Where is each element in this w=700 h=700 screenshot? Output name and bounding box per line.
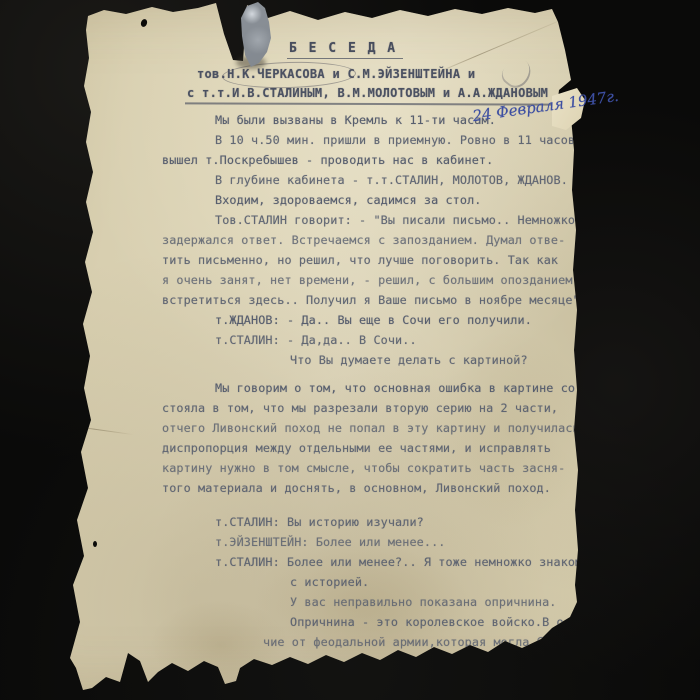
typed-line: т.СТАЛИН: Более или менее?.. Я тоже немн… xyxy=(162,552,592,572)
typed-line: отчего Ливонский поход не попал в эту ка… xyxy=(162,418,592,438)
typescript-body: Мы были вызваны в Кремль к 11-ти часам. … xyxy=(162,110,592,652)
typed-line: Входим, здороваемся, садимся за стол. xyxy=(162,190,592,210)
typed-line: т.СТАЛИН: - Да,да.. В Сочи.. xyxy=(162,330,592,350)
typed-line: диспропорция между отдельными ее частями… xyxy=(162,438,592,458)
typed-line: задержался ответ. Встречаемся с запоздан… xyxy=(162,230,592,250)
typed-line: Опричнина - это королевское войско.В о xyxy=(162,612,592,632)
typed-line: того материала и доснять, в основном, Ли… xyxy=(162,478,592,498)
typed-line: картину нужно в том смысле, чтобы сократ… xyxy=(162,458,592,478)
photo-background: Б Е С Е Д А тов.Н.К.ЧЕРКАСОВА и С.М.ЭЙЗЕ… xyxy=(0,0,700,700)
typed-line: тить письменно, но решил, что лучше пого… xyxy=(162,250,592,270)
typed-line: стояла в том, что мы разрезали вторую се… xyxy=(162,398,592,418)
typed-line: т.ЖДАНОВ: - Да.. Вы еще в Сочи его получ… xyxy=(162,310,592,330)
typed-line: В 10 ч.50 мин. пришли в приемную. Ровно … xyxy=(162,130,592,150)
typed-line: т.ЭЙЗЕНШТЕЙН: Более или менее... xyxy=(162,532,592,552)
typed-line: с историей. xyxy=(162,572,592,592)
document-title: Б Е С Е Д А xyxy=(287,41,403,59)
typed-line: вышел т.Поскребышев - проводить нас в ка… xyxy=(162,150,592,170)
typed-line: Мы говорим о том, что основная ошибка в … xyxy=(162,378,592,398)
header-officials-line: с т.т.И.В.СТАЛИНЫМ, В.М.МОЛОТОВЫМ и А.А.… xyxy=(187,86,548,100)
typed-line: В глубине кабинета - т.т.СТАЛИН, МОЛОТОВ… xyxy=(162,170,592,190)
typed-line: Что Вы думаете делать с картиной? xyxy=(162,350,592,370)
typed-line: т.СТАЛИН: Вы историю изучали? xyxy=(162,512,592,532)
typed-line: Тов.СТАЛИН говорит: - "Вы писали письмо.… xyxy=(162,210,592,230)
typed-line: У вас неправильно показана опричнина. xyxy=(162,592,592,612)
typed-line: чие от феодальной армии,которая могла б xyxy=(162,632,592,652)
typed-line: я очень занят, нет времени, - решил, с б… xyxy=(162,270,592,290)
typed-line: встретиться здесь.. Получил я Ваше письм… xyxy=(162,290,592,310)
